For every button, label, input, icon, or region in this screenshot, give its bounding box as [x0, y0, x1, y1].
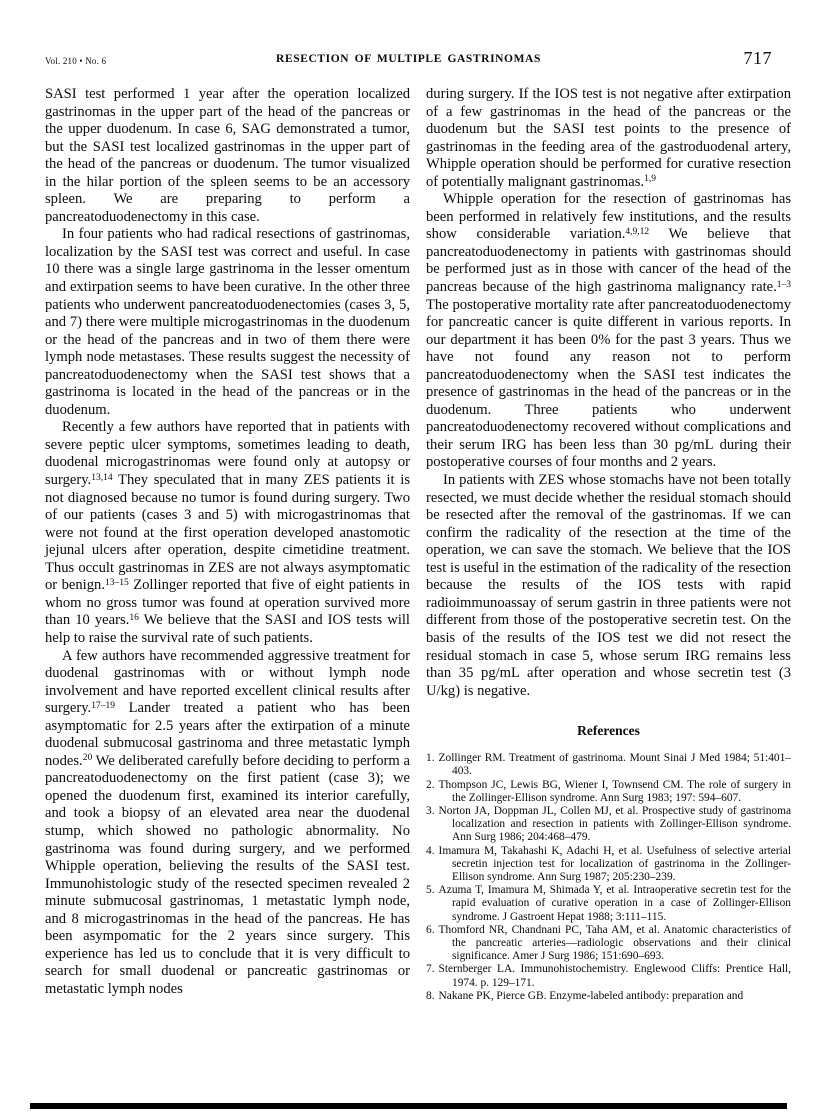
body-paragraph: A few authors have recommended aggressiv… [45, 648, 410, 999]
reference-text: Nakane PK, Pierce GB. Enzyme-labeled ant… [439, 990, 744, 1002]
reference-number: 2. [426, 779, 439, 791]
body-paragraph: Recently a few authors have reported tha… [45, 419, 410, 647]
reference-number: 8. [426, 990, 439, 1002]
scan-artifact-bar [30, 1103, 787, 1109]
left-column: SASI test performed 1 year after the ope… [45, 86, 410, 1003]
reference-item: 1.Zollinger RM. Treatment of gastrinoma.… [426, 752, 791, 778]
running-title: RESECTION OF MULTIPLE GASTRINOMAS [45, 53, 772, 65]
references-heading: References [426, 723, 791, 739]
right-column: during surgery. If the IOS test is not n… [426, 86, 791, 1003]
references-list: 1.Zollinger RM. Treatment of gastrinoma.… [426, 752, 791, 1003]
body-paragraph: Whipple operation for the resection of g… [426, 191, 791, 472]
reference-text: Thompson JC, Lewis BG, Wiener I, Townsen… [439, 779, 791, 804]
reference-number: 7. [426, 963, 439, 975]
reference-item: 5.Azuma T, Imamura M, Shimada Y, et al. … [426, 884, 791, 924]
page-number: 717 [744, 48, 773, 69]
reference-text: Sternberger LA. Immunohistochemistry. En… [439, 963, 791, 988]
journal-page: Vol. 210 • No. 6 RESECTION OF MULTIPLE G… [0, 0, 816, 1116]
reference-text: Azuma T, Imamura M, Shimada Y, et al. In… [439, 884, 791, 922]
reference-item: 2.Thompson JC, Lewis BG, Wiener I, Towns… [426, 779, 791, 805]
body-paragraph: during surgery. If the IOS test is not n… [426, 86, 791, 191]
reference-number: 1. [426, 752, 439, 764]
reference-item: 7.Sternberger LA. Immunohistochemistry. … [426, 963, 791, 989]
reference-text: Zollinger RM. Treatment of gastrinoma. M… [439, 752, 791, 777]
reference-text: Thomford NR, Chandnani PC, Taha AM, et a… [439, 924, 791, 962]
body-paragraph: In patients with ZES whose stomachs have… [426, 472, 791, 700]
reference-number: 3. [426, 805, 439, 817]
two-column-body: SASI test performed 1 year after the ope… [45, 86, 791, 1003]
reference-number: 5. [426, 884, 439, 896]
reference-text: Imamura M, Takahashi K, Adachi H, et al.… [439, 845, 791, 883]
reference-number: 4. [426, 845, 439, 857]
reference-item: 8.Nakane PK, Pierce GB. Enzyme-labeled a… [426, 990, 791, 1003]
reference-item: 4.Imamura M, Takahashi K, Adachi H, et a… [426, 845, 791, 885]
reference-item: 6.Thomford NR, Chandnani PC, Taha AM, et… [426, 924, 791, 964]
body-paragraph: SASI test performed 1 year after the ope… [45, 86, 410, 226]
reference-item: 3.Norton JA, Doppman JL, Collen MJ, et a… [426, 805, 791, 845]
reference-text: Norton JA, Doppman JL, Collen MJ, et al.… [439, 805, 791, 843]
body-paragraph: In four patients who had radical resecti… [45, 226, 410, 419]
reference-number: 6. [426, 924, 439, 936]
page-header: Vol. 210 • No. 6 RESECTION OF MULTIPLE G… [45, 50, 772, 72]
